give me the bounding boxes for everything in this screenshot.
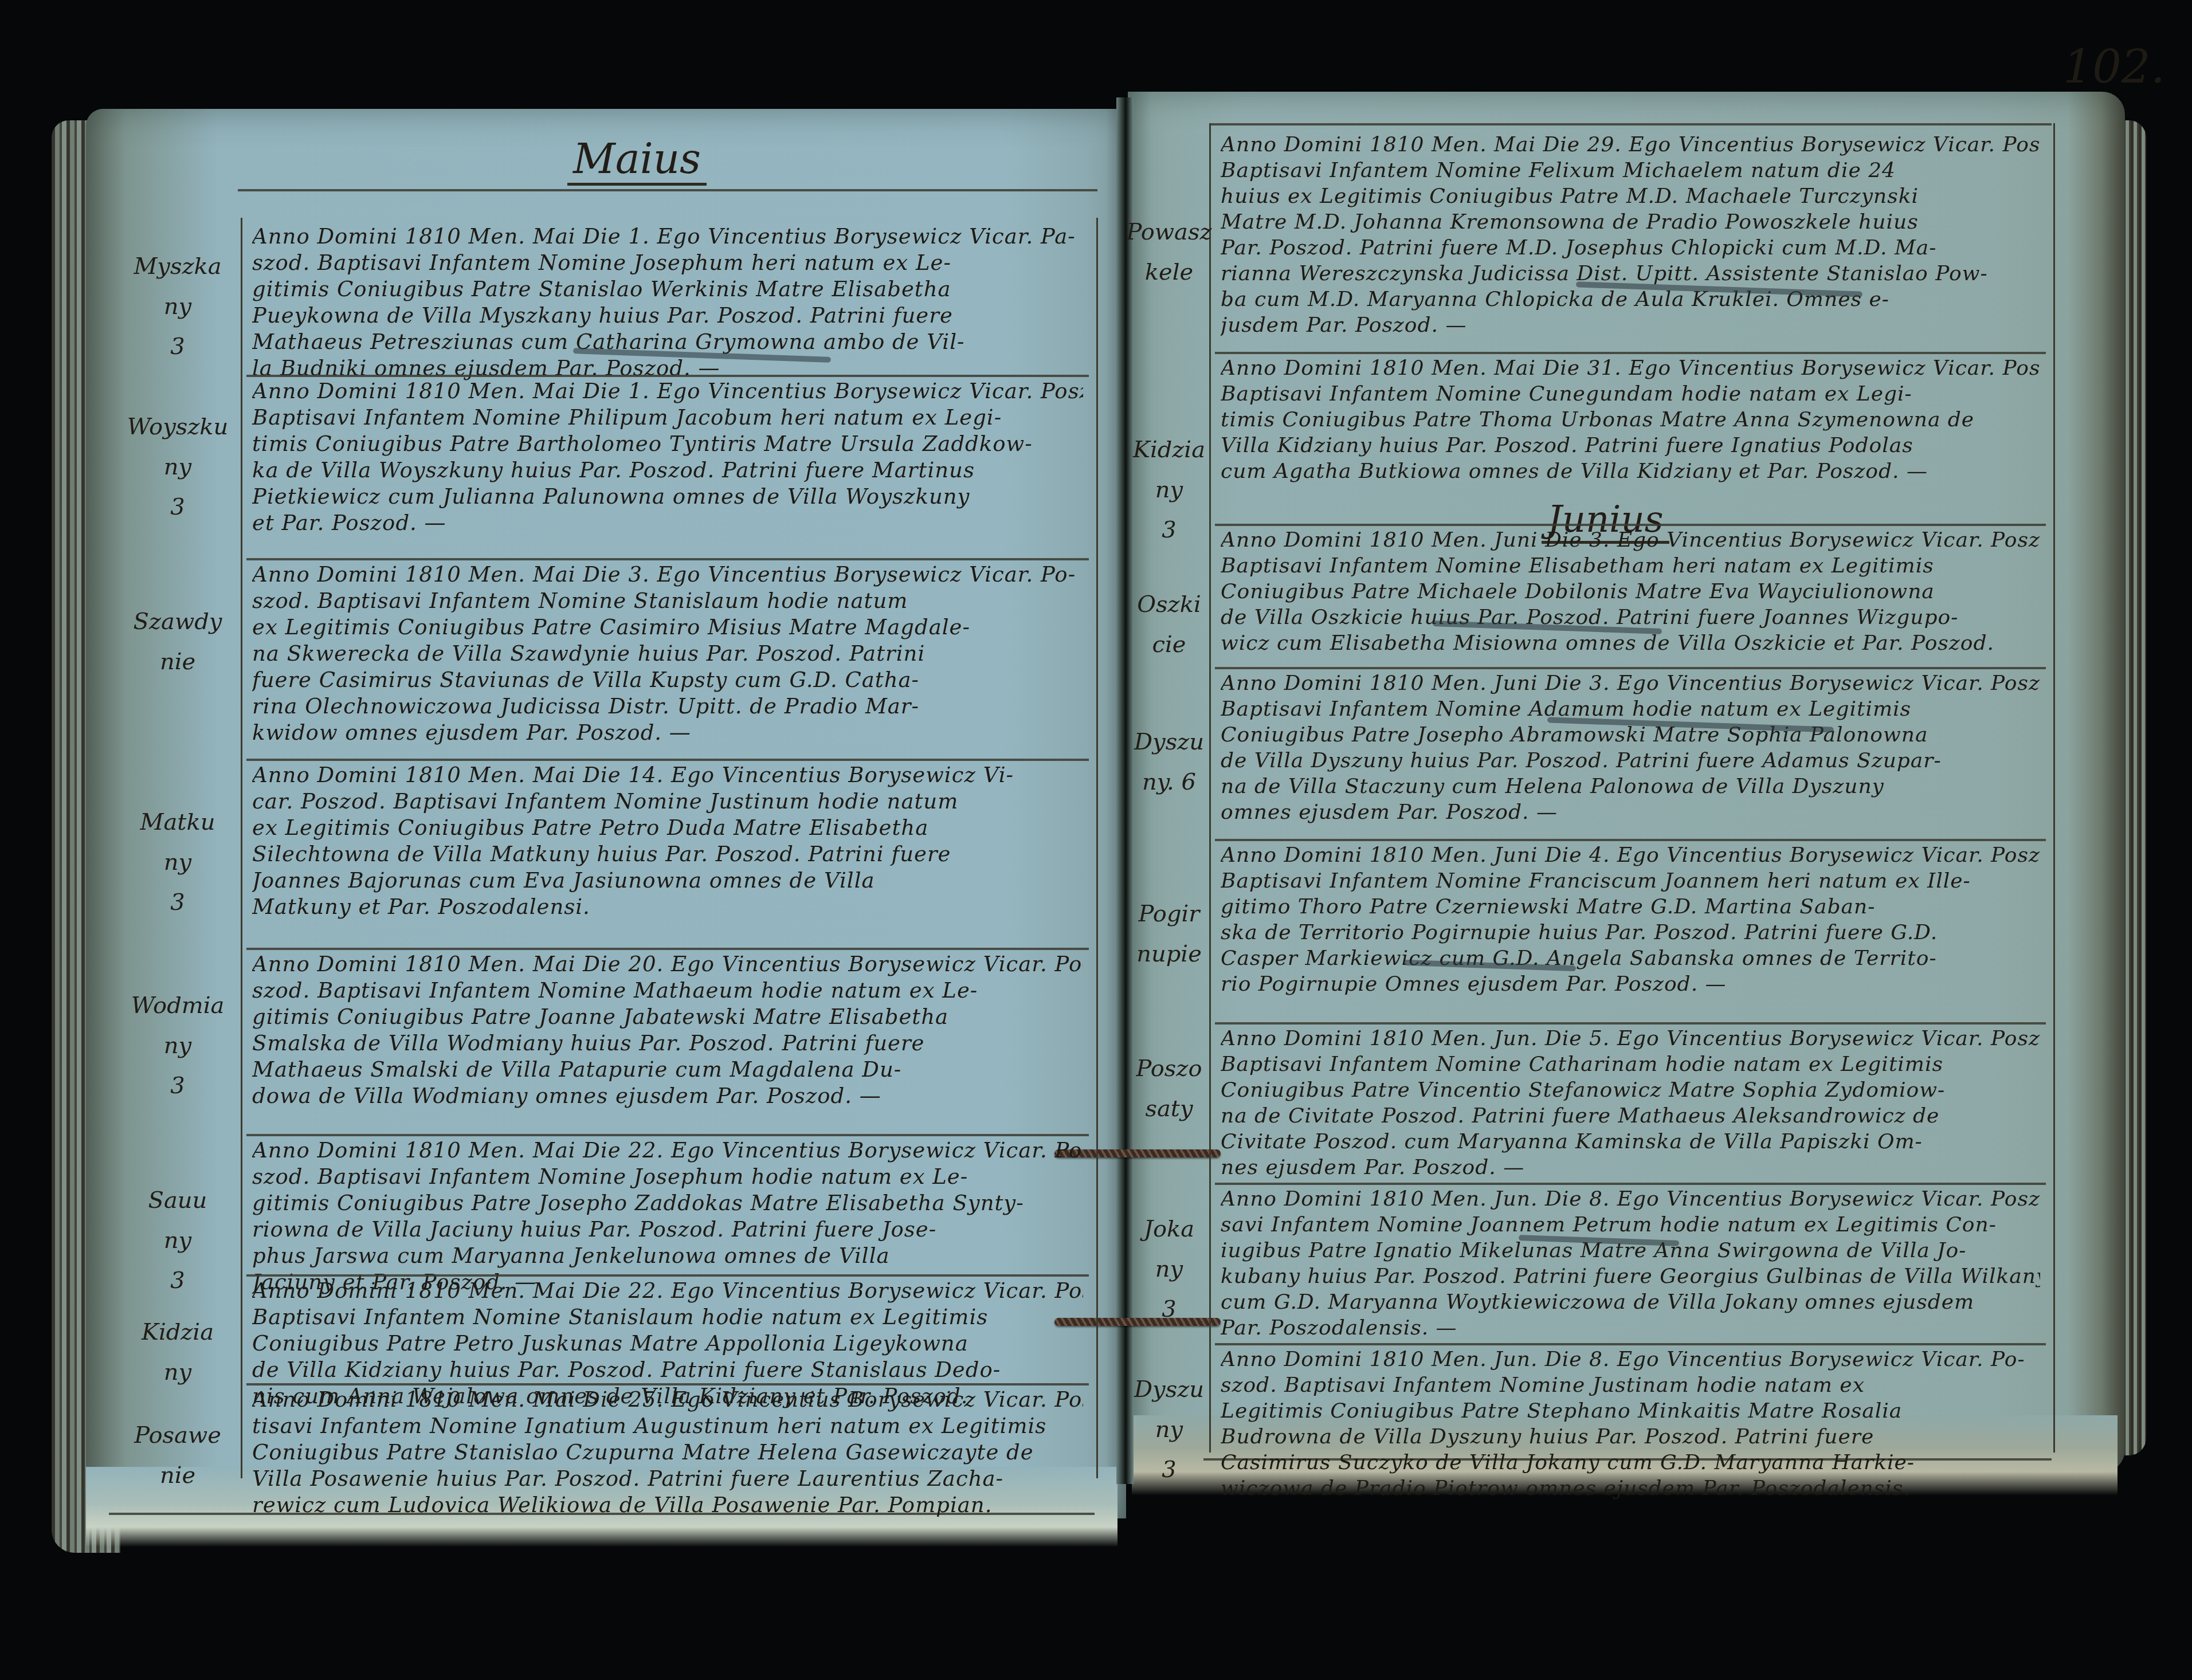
entry-divider xyxy=(1215,524,2046,526)
margin-note-line: nie xyxy=(120,1455,235,1495)
margin-village-note: Matkuny3 xyxy=(120,802,235,923)
entry-line: Anno Domini 1810 Men. Mai Die 22. Ego Vi… xyxy=(252,1278,1083,1304)
entry-divider xyxy=(246,1274,1089,1277)
entry-line: Mathaeus Smalski de Villa Patapurie cum … xyxy=(252,1057,1083,1083)
margin-note-line: Kidzia xyxy=(120,1312,235,1352)
margin-village-note: Myszkany3 xyxy=(120,246,235,367)
margin-note-line: 3 xyxy=(1112,510,1226,550)
entry-line: Casimirus Suczyko de Villa Jokany cum G.… xyxy=(1221,1450,2040,1475)
entry-line: fuere Casimirus Staviunas de Villa Kupst… xyxy=(252,667,1083,693)
entry-line: Anno Domini 1810 Men. Juni Die 3. Ego Vi… xyxy=(1221,527,2040,553)
register-entry: Anno Domini 1810 Men. Mai Die 22. Ego Vi… xyxy=(252,1137,1083,1296)
margin-note-line: ny xyxy=(1112,1249,1226,1289)
margin-village-note: Dyszuny. 6 xyxy=(1112,722,1226,802)
margin-village-note: Woyszkuny3 xyxy=(120,407,235,527)
entry-line: Baptisavi Infantem Nomine Cunegundam hod… xyxy=(1221,381,2040,407)
entry-divider xyxy=(246,948,1089,950)
margin-note-line: ny xyxy=(120,842,235,882)
entry-line: szod. Baptisavi Infantem Nomine Stanisla… xyxy=(252,588,1083,614)
entry-line: Baptisavi Infantem Nomine Felixum Michae… xyxy=(1221,158,2040,183)
entry-line: ska de Territorio Pogirnupie huius Par. … xyxy=(1221,920,2040,945)
entry-line: Joannes Bajorunas cum Eva Jasiunowna omn… xyxy=(252,868,1083,894)
entry-line: rio Pogirnupie Omnes ejusdem Par. Poszod… xyxy=(1221,971,2040,997)
register-entry: Anno Domini 1810 Men. Mai Die 14. Ego Vi… xyxy=(252,762,1083,920)
page-number: 102. xyxy=(2063,40,2165,93)
entry-line: Casper Markiewicz cum G.D. Angela Sabans… xyxy=(1221,945,2040,971)
entry-line: Coniugibus Patre Michaele Dobilonis Matr… xyxy=(1221,579,2040,605)
entry-line: rewicz cum Ludovica Welikiowa de Villa P… xyxy=(252,1492,1083,1518)
margin-note-line: kele xyxy=(1112,252,1226,292)
margin-note-line: ny xyxy=(120,1220,235,1261)
entry-line: na de Villa Staczuny cum Helena Palonowa… xyxy=(1221,774,2040,799)
entry-divider xyxy=(246,558,1089,560)
month-heading-maius: Maius xyxy=(567,135,707,186)
register-entry: Anno Domini 1810 Men. Juni Die 3. Ego Vi… xyxy=(1221,670,2040,825)
entry-line: rina Olechnowiczowa Judicissa Distr. Upi… xyxy=(252,693,1083,720)
register-entry: Anno Domini 1810 Men. Jun. Die 5. Ego Vi… xyxy=(1221,1026,2040,1180)
entry-line: Baptisavi Infantem Nomine Philipum Jacob… xyxy=(252,405,1083,431)
entry-line: Anno Domini 1810 Men. Jun. Die 5. Ego Vi… xyxy=(1221,1026,2040,1051)
entry-line: gitimis Coniugibus Patre Joanne Jabatews… xyxy=(252,1004,1083,1030)
entry-line: Anno Domini 1810 Men. Mai Die 1. Ego Vin… xyxy=(252,378,1083,405)
entry-line: Coniugibus Patre Stanislao Czupurna Matr… xyxy=(252,1439,1083,1466)
margin-village-note: Kidziany xyxy=(120,1312,235,1392)
margin-note-line: Dyszu xyxy=(1112,722,1226,762)
entry-line: nes ejusdem Par. Poszod. — xyxy=(1221,1155,2040,1180)
entry-line: Anno Domini 1810 Men. Mai Die 1. Ego Vin… xyxy=(252,223,1083,250)
register-entry: Anno Domini 1810 Men. Mai Die 31. Ego Vi… xyxy=(1221,355,2040,484)
register-entry: Anno Domini 1810 Men. Jun. Die 8. Ego Vi… xyxy=(1221,1186,2040,1341)
entry-line: Baptisavi Infantem Nomine Catharinam hod… xyxy=(1221,1051,2040,1077)
entry-line: Baptisavi Infantem Nomine Stanislaum hod… xyxy=(252,1304,1083,1330)
entry-line: cum Agatha Butkiowa omnes de Villa Kidzi… xyxy=(1221,458,2040,484)
margin-note-line: Matku xyxy=(120,802,235,842)
entry-divider xyxy=(1215,1343,2046,1345)
entry-line: jusdem Par. Poszod. — xyxy=(1221,312,2040,338)
entry-line: cum G.D. Maryanna Woytkiewiczowa de Vill… xyxy=(1221,1289,2040,1315)
margin-note-line: ny xyxy=(1112,470,1226,510)
entry-line: de Villa Oszkicie huius Par. Poszod. Pat… xyxy=(1221,605,2040,630)
margin-village-note: Powaszkele xyxy=(1112,212,1226,292)
entry-line: rianna Wereszczynska Judicissa Dist. Upi… xyxy=(1221,261,2040,286)
entry-line: riowna de Villa Jaciuny huius Par. Poszo… xyxy=(252,1216,1083,1243)
margin-note-line: ny xyxy=(120,1026,235,1066)
margin-note-line: 3 xyxy=(120,1066,235,1106)
margin-note-line: ny xyxy=(120,447,235,487)
margin-note-line: nupie xyxy=(1112,934,1226,974)
entry-line: ex Legitimis Coniugibus Patre Casimiro M… xyxy=(252,614,1083,641)
margin-note-line: Woyszku xyxy=(120,407,235,447)
entry-divider xyxy=(246,375,1089,377)
margin-village-note: Pogirnupie xyxy=(1112,894,1226,974)
entry-line: Villa Posawenie huius Par. Poszod. Patri… xyxy=(252,1466,1083,1492)
top-rule xyxy=(238,189,1097,191)
entry-line: Villa Kidziany huius Par. Poszod. Patrin… xyxy=(1221,433,2040,458)
margin-note-line: 3 xyxy=(1112,1289,1226,1329)
margin-village-note: Szawdynie xyxy=(120,602,235,682)
entry-line: kubany huius Par. Poszod. Patrini fuere … xyxy=(1221,1263,2040,1289)
entry-line: wicz cum Elisabetha Misiowna omnes de Vi… xyxy=(1221,630,2040,656)
entry-line: Anno Domini 1810 Men. Jun. Die 8. Ego Vi… xyxy=(1221,1347,2040,1372)
entry-line: gitimis Coniugibus Patre Josepho Zaddoka… xyxy=(252,1190,1083,1216)
margin-note-line: cie xyxy=(1112,625,1226,665)
margin-note-line: 3 xyxy=(120,487,235,527)
entry-line: phus Jarswa cum Maryanna Jenkelunowa omn… xyxy=(252,1243,1083,1269)
entry-line: na de Civitate Poszod. Patrini fuere Mat… xyxy=(1221,1103,2040,1129)
margin-note-line: Sauu xyxy=(120,1180,235,1220)
margin-note-line: Szawdy xyxy=(120,602,235,642)
entry-line: Anno Domini 1810 Men. Mai Die 22. Ego Vi… xyxy=(252,1137,1083,1164)
margin-note-line: Poszo xyxy=(1112,1049,1226,1089)
entry-line: Pietkiewicz cum Julianna Palunowna omnes… xyxy=(252,484,1083,510)
margin-village-note: Dyszuny3 xyxy=(1112,1369,1226,1490)
margin-note-line: Joka xyxy=(1112,1209,1226,1249)
margin-note-line: Pogir xyxy=(1112,894,1226,934)
entry-divider xyxy=(1215,667,2046,669)
margin-note-line: 3 xyxy=(1112,1450,1226,1490)
register-entry: Anno Domini 1810 Men. Mai Die 3. Ego Vin… xyxy=(252,562,1083,746)
register-entry: Anno Domini 1810 Men. Juni Die 3. Ego Vi… xyxy=(1221,527,2040,656)
entry-line: szod. Baptisavi Infantem Nomine Justinam… xyxy=(1221,1372,2040,1398)
entry-line: Anno Domini 1810 Men. Mai Die 25. Ego Vi… xyxy=(252,1387,1083,1413)
entry-line: szod. Baptisavi Infantem Nomine Mathaeum… xyxy=(252,978,1083,1004)
entry-line: et Par. Poszod. — xyxy=(252,510,1083,536)
entry-line: Baptisavi Infantem Nomine Elisabetham he… xyxy=(1221,553,2040,579)
entry-line: ka de Villa Woyszkuny huius Par. Poszod.… xyxy=(252,457,1083,484)
margin-note-line: Oszki xyxy=(1112,584,1226,625)
register-entry: Anno Domini 1810 Men. Juni Die 4. Ego Vi… xyxy=(1221,842,2040,997)
entry-line: Anno Domini 1810 Men. Mai Die 20. Ego Vi… xyxy=(252,951,1083,978)
entry-line: tisavi Infantem Nomine Ignatium Augustin… xyxy=(252,1413,1083,1439)
register-entry: Anno Domini 1810 Men. Jun. Die 8. Ego Vi… xyxy=(1221,1347,2040,1501)
entry-line: Coniugibus Patre Petro Juskunas Matre Ap… xyxy=(252,1330,1083,1357)
margin-note-line: 3 xyxy=(120,327,235,367)
entry-line: Anno Domini 1810 Men. Mai Die 31. Ego Vi… xyxy=(1221,355,2040,381)
entry-line: gitimo Thoro Patre Czerniewski Matre G.D… xyxy=(1221,894,2040,920)
entry-line: Coniugibus Patre Vincentio Stefanowicz M… xyxy=(1221,1077,2040,1103)
margin-note-line: Myszka xyxy=(120,246,235,286)
entry-line: Smalska de Villa Wodmiany huius Par. Pos… xyxy=(252,1030,1083,1057)
margin-note-line: 3 xyxy=(120,1261,235,1301)
entry-line: Matkuny et Par. Poszodalensi. xyxy=(252,894,1083,920)
entry-divider xyxy=(1215,839,2046,841)
entry-line: Par. Poszod. Patrini fuere M.D. Josephus… xyxy=(1221,235,2040,261)
margin-village-note: Poszosaty xyxy=(1112,1049,1226,1129)
entry-line: Civitate Poszod. cum Maryanna Kaminska d… xyxy=(1221,1129,2040,1155)
margin-note-line: saty xyxy=(1112,1089,1226,1129)
entry-line: wiczowa de Pradio Piotrow omnes ejusdem … xyxy=(1221,1475,2040,1501)
entry-line: szod. Baptisavi Infantem Nomine Josephum… xyxy=(252,250,1083,276)
margin-village-note: Oszkicie xyxy=(1112,584,1226,665)
entry-line: kwidow omnes ejusdem Par. Poszod. — xyxy=(252,720,1083,746)
entry-line: Pueykowna de Villa Myszkany huius Par. P… xyxy=(252,303,1083,329)
entry-line: de Villa Kidziany huius Par. Poszod. Pat… xyxy=(252,1357,1083,1383)
margin-note-line: ny xyxy=(1112,1410,1226,1450)
entry-line: Legitimis Coniugibus Patre Stephano Mink… xyxy=(1221,1398,2040,1424)
margin-note-line: ny xyxy=(120,1352,235,1392)
margin-village-note: Sauuny3 xyxy=(120,1180,235,1301)
entry-line: Matre M.D. Johanna Kremonsowna de Pradio… xyxy=(1221,209,2040,235)
entry-line: de Villa Dyszuny huius Par. Poszod. Patr… xyxy=(1221,748,2040,774)
margin-note-line: Powasz xyxy=(1112,212,1226,252)
register-entry: Anno Domini 1810 Men. Mai Die 1. Ego Vin… xyxy=(252,378,1083,536)
entry-line: car. Poszod. Baptisavi Infantem Nomine J… xyxy=(252,788,1083,815)
margin-note-line: nie xyxy=(120,642,235,682)
entry-line: timis Coniugibus Patre Bartholomeo Tynti… xyxy=(252,431,1083,457)
entry-line: Anno Domini 1810 Men. Mai Die 29. Ego Vi… xyxy=(1221,132,2040,158)
margin-note-line: 3 xyxy=(120,882,235,923)
entry-line: Par. Poszodalensis. — xyxy=(1221,1315,2040,1341)
entry-line: Anno Domini 1810 Men. Mai Die 3. Ego Vin… xyxy=(252,562,1083,588)
entry-line: Anno Domini 1810 Men. Mai Die 14. Ego Vi… xyxy=(252,762,1083,788)
entry-line: savi Infantem Nomine Joannem Petrum hodi… xyxy=(1221,1212,2040,1238)
margin-village-note: Wodmiany3 xyxy=(120,986,235,1106)
margin-note-line: ny xyxy=(120,286,235,327)
entry-divider xyxy=(1215,1022,2046,1025)
register-entry: Anno Domini 1810 Men. Mai Die 1. Ego Vin… xyxy=(252,223,1083,382)
margin-note-line: Posawe xyxy=(120,1415,235,1455)
entry-divider xyxy=(246,759,1089,761)
top-rule xyxy=(1209,123,2052,125)
entry-divider xyxy=(1215,352,2046,354)
entry-line: Silechtowna de Villa Matkuny huius Par. … xyxy=(252,841,1083,868)
entry-line: ba cum M.D. Maryanna Chlopicka de Aula K… xyxy=(1221,286,2040,312)
margin-note-line: Wodmia xyxy=(120,986,235,1026)
entry-line: ex Legitimis Coniugibus Patre Petro Duda… xyxy=(252,815,1083,841)
entry-line: huius ex Legitimis Coniugibus Patre M.D.… xyxy=(1221,183,2040,209)
entry-line: szod. Baptisavi Infantem Nomine Josephum… xyxy=(252,1164,1083,1190)
margin-note-line: Dyszu xyxy=(1112,1369,1226,1410)
margin-village-note: Posawenie xyxy=(120,1415,235,1495)
margin-village-note: Kidziany3 xyxy=(1112,430,1226,550)
entry-line: na Skwerecka de Villa Szawdynie huius Pa… xyxy=(252,641,1083,667)
entry-line: Anno Domini 1810 Men. Juni Die 4. Ego Vi… xyxy=(1221,842,2040,868)
entry-line: Coniugibus Patre Josepho Abramowski Matr… xyxy=(1221,722,2040,748)
register-entry: Anno Domini 1810 Men. Mai Die 20. Ego Vi… xyxy=(252,951,1083,1109)
entry-line: timis Coniugibus Patre Thoma Urbonas Mat… xyxy=(1221,407,2040,433)
entry-line: gitimis Coniugibus Patre Stanislao Werki… xyxy=(252,276,1083,303)
entry-divider xyxy=(1215,1183,2046,1185)
margin-note-line: Kidzia xyxy=(1112,430,1226,470)
entry-divider xyxy=(246,1134,1089,1136)
entry-line: Baptisavi Infantem Nomine Adamum hodie n… xyxy=(1221,696,2040,722)
register-entry: Anno Domini 1810 Men. Mai Die 29. Ego Vi… xyxy=(1221,132,2040,338)
margin-note-line: ny. 6 xyxy=(1112,762,1226,802)
entry-line: dowa de Villa Wodmiany omnes ejusdem Par… xyxy=(252,1083,1083,1109)
entry-divider xyxy=(246,1383,1089,1385)
register-entry: Anno Domini 1810 Men. Mai Die 25. Ego Vi… xyxy=(252,1387,1083,1518)
entry-line: Anno Domini 1810 Men. Jun. Die 8. Ego Vi… xyxy=(1221,1186,2040,1212)
margin-village-note: Jokany3 xyxy=(1112,1209,1226,1329)
entry-line: Budrowna de Villa Dyszuny huius Par. Pos… xyxy=(1221,1424,2040,1450)
entry-line: omnes ejusdem Par. Poszod. — xyxy=(1221,799,2040,825)
entry-line: Anno Domini 1810 Men. Juni Die 3. Ego Vi… xyxy=(1221,670,2040,696)
entry-line: Baptisavi Infantem Nomine Franciscum Joa… xyxy=(1221,868,2040,894)
